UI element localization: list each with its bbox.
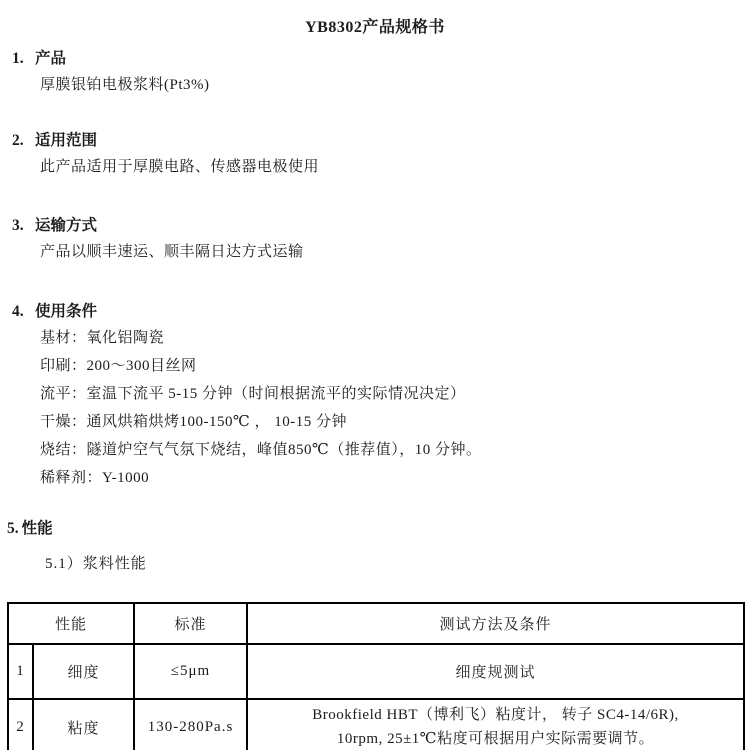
section-1-title: 产品 xyxy=(35,49,66,68)
section-5-title: 性能 xyxy=(22,519,53,538)
section-3-number: 3. xyxy=(12,216,35,235)
section-2-title: 适用范围 xyxy=(35,131,97,150)
section-2-body-line: 此产品适用于厚膜电路、传感器电极使用 xyxy=(40,158,750,177)
condition-firing: 烧结：隧道炉空气气氛下烧结，峰值850℃（推荐值），10 分钟。 xyxy=(40,441,750,460)
section-1-number: 1. xyxy=(12,49,35,68)
table-row-viscosity: 2 粘度 130-280Pa.s Brookfield HBT（博利飞）粘度计，… xyxy=(8,699,744,750)
row-number-cell: 2 xyxy=(8,699,33,750)
standard-cell: 130-280Pa.s xyxy=(134,699,247,750)
condition-leveling: 流平：室温下流平 5-15 分钟（时间根据流平的实际情况决定） xyxy=(40,385,750,404)
paste-performance-table: 性能 标准 测试方法及条件 1 细度 ≤5μm 细度规测试 2 粘度 130-2… xyxy=(7,602,745,750)
header-cell-method: 测试方法及条件 xyxy=(247,603,744,644)
section-5-number: 5. xyxy=(7,519,19,538)
section-2-number: 2. xyxy=(12,131,35,150)
method-cell: 细度规测试 xyxy=(247,644,744,699)
condition-drying: 干燥：通风烘箱烘烤100-150℃ ， 10-15 分钟 xyxy=(40,413,750,432)
header-cell-property: 性能 xyxy=(8,603,134,644)
section-3-title: 运输方式 xyxy=(35,216,97,235)
spec-document-page: YB8302产品规格书 1. 产品 厚膜银铂电极浆料(Pt3%) 2. 适用范围… xyxy=(0,0,750,750)
section-4-number: 4. xyxy=(12,302,35,321)
section-1-body-line: 厚膜银铂电极浆料(Pt3%) xyxy=(40,76,750,95)
method-line-2: 10rpm, 25±1℃粘度可根据用户实际需要调节。 xyxy=(250,727,741,750)
method-line-1: Brookfield HBT（博利飞）粘度计， 转子 SC4-14/6R), xyxy=(250,703,741,727)
header-cell-standard: 标准 xyxy=(134,603,247,644)
standard-cell: ≤5μm xyxy=(134,644,247,699)
section-5-heading: 5. 性能 xyxy=(7,519,750,538)
condition-substrate: 基材：氧化铝陶瓷 xyxy=(40,329,750,348)
condition-printing: 印刷：200～300目丝网 xyxy=(40,357,750,376)
condition-thinner: 稀释剂：Y-1000 xyxy=(40,469,750,488)
document-title: YB8302产品规格书 xyxy=(0,0,750,37)
section-4-title: 使用条件 xyxy=(35,302,97,321)
section-4-heading: 4. 使用条件 xyxy=(12,302,750,321)
section-3-heading: 3. 运输方式 xyxy=(12,216,750,235)
property-cell: 粘度 xyxy=(33,699,134,750)
method-cell: Brookfield HBT（博利飞）粘度计， 转子 SC4-14/6R), 1… xyxy=(247,699,744,750)
table-row-fineness: 1 细度 ≤5μm 细度规测试 xyxy=(8,644,744,699)
table-header-row: 性能 标准 测试方法及条件 xyxy=(8,603,744,644)
section-5-subheading: 5.1）浆料性能 xyxy=(45,555,750,574)
property-cell: 细度 xyxy=(33,644,134,699)
section-1-heading: 1. 产品 xyxy=(12,49,750,68)
row-number-cell: 1 xyxy=(8,644,33,699)
section-2-heading: 2. 适用范围 xyxy=(12,131,750,150)
section-3-body-line: 产品以顺丰速运、顺丰隔日达方式运输 xyxy=(40,243,750,262)
